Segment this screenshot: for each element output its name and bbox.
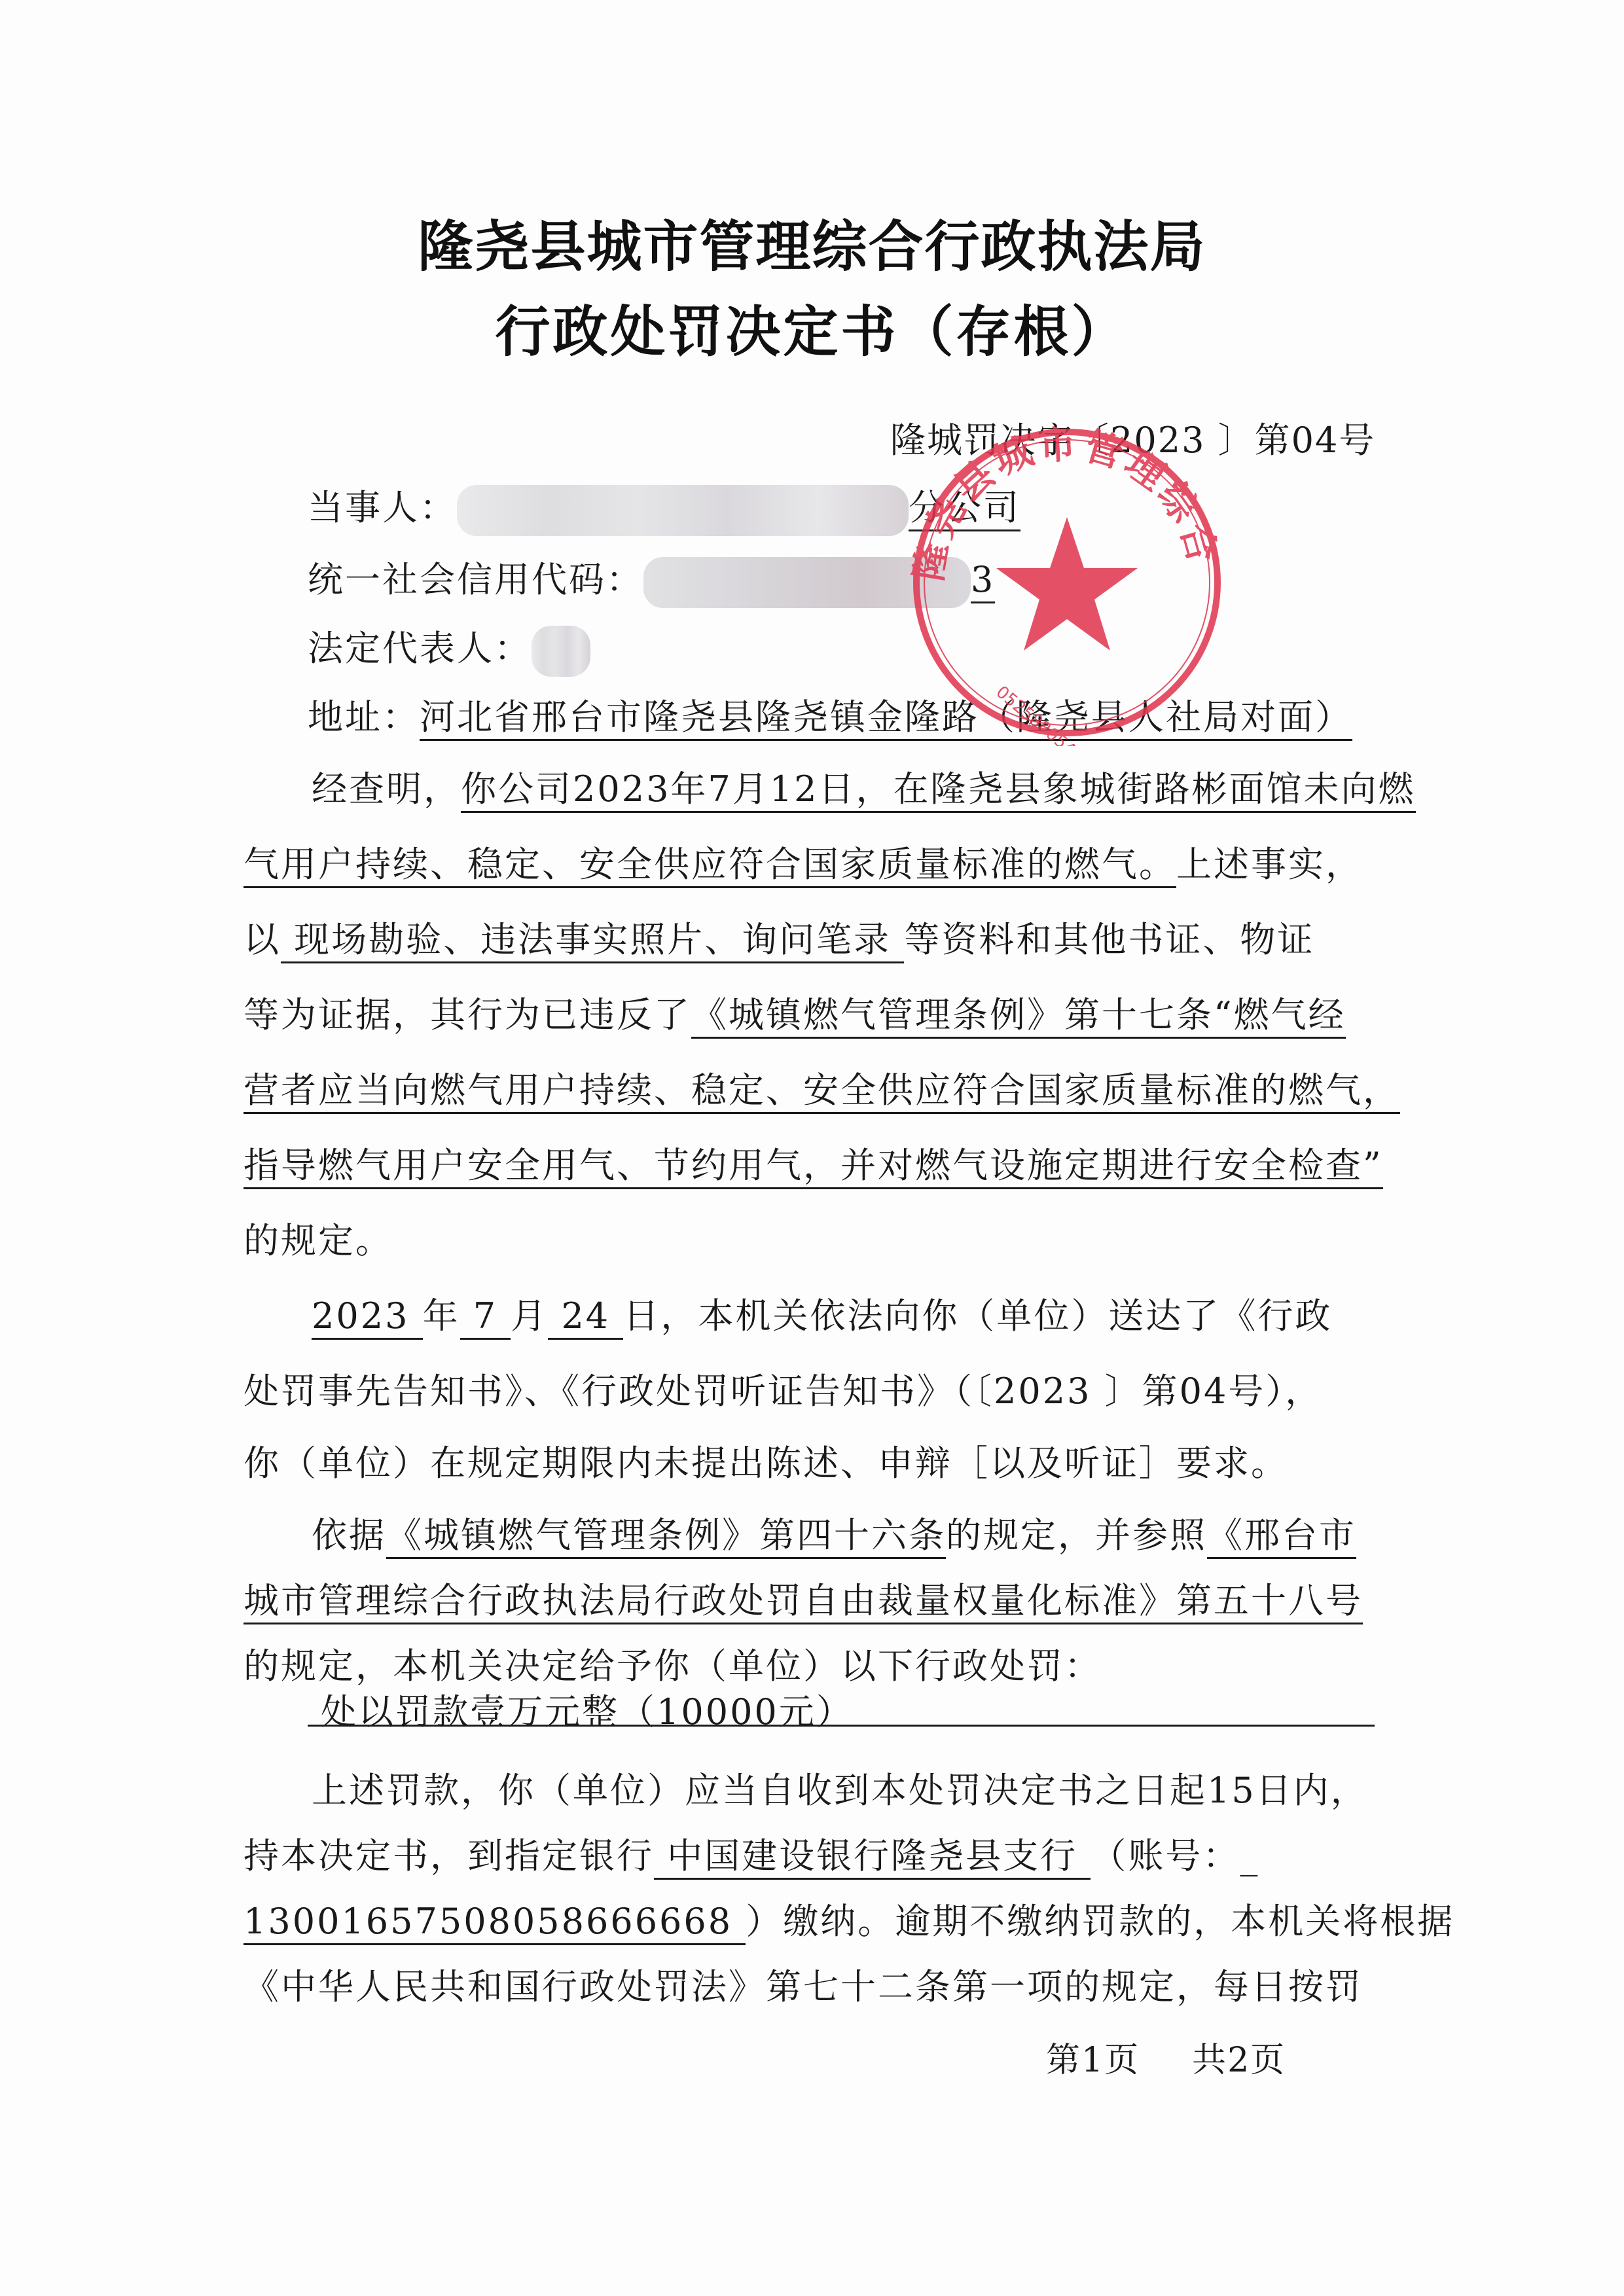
document-title: 行政处罚决定书（存根）	[0, 288, 1624, 367]
regulation-underlined: 《城镇燃气管理条例》第十七条“燃气经	[691, 994, 1346, 1039]
penalty-line: 处以罚款壹万元整（10000元）	[321, 1689, 1453, 1736]
text: 的规定，本机关决定给予你（单位）以下行政处罚：	[244, 1645, 1102, 1687]
text: 日，本机关依法向你（单位）送达了《行政	[623, 1295, 1332, 1336]
evidence-line: 以 现场勘验、违法事实照片、询问笔录 等资料和其他书证、物证	[244, 916, 1376, 963]
legal-rep-label: 法定代表人：	[308, 628, 532, 669]
notice-month: 7	[460, 1295, 511, 1340]
address-value: 河北省邢台市隆尧县隆尧镇金隆路（隆尧县人社局对面）	[420, 696, 1352, 741]
violation-line-2: 营者应当向燃气用户持续、稳定、安全供应符合国家质量标准的燃气，	[244, 1067, 1376, 1114]
evidence-underlined: 现场勘验、违法事实照片、询问笔录	[281, 919, 904, 963]
facts-line-2: 气用户持续、稳定、安全供应符合国家质量标准的燃气。上述事实，	[244, 841, 1376, 888]
text: 上述罚款，你（单位）应当自收到本处罚决定书之日起15日内，	[312, 1770, 1368, 1811]
notice-line-3: 你（单位）在规定期限内未提出陈述、申辩［以及听证］要求。	[244, 1440, 1376, 1487]
notice-year: 2023	[312, 1295, 423, 1340]
redacted-legal-rep	[532, 626, 590, 677]
text: ）缴纳。逾期不缴纳罚款的，本机关将根据	[746, 1901, 1454, 1942]
document-page: 隆尧县城市管理综合行政执法局 行政处罚决定书（存根） 隆城罚决字〔2023 〕第…	[0, 0, 1624, 2296]
basis-line-1: 依据《城镇燃气管理条例》第四十六条的规定，并参照《邢台市	[312, 1512, 1444, 1559]
payment-line-1: 上述罚款，你（单位）应当自收到本处罚决定书之日起15日内，	[312, 1767, 1444, 1814]
text: 处罚事先告知书》、《行政处罚听证告知书》（〔2023 〕第04号），	[244, 1371, 1322, 1412]
credit-code-suffix: 3	[971, 559, 995, 603]
text: 的规定，并参照	[946, 1515, 1207, 1556]
violation-line-4: 的规定。	[244, 1217, 1376, 1265]
page-current: 第1页	[1046, 2041, 1140, 2080]
party-line: 当事人：分公司	[308, 484, 1440, 536]
regulation-underlined: 指导燃气用户安全用气、节约用气，并对燃气设施定期进行安全检查”	[244, 1145, 1383, 1189]
basis-line-3: 的规定，本机关决定给予你（单位）以下行政处罚：	[244, 1643, 1376, 1690]
notice-line-1: 2023 年 7 月 24 日，本机关依法向你（单位）送达了《行政	[312, 1293, 1444, 1340]
basis-underlined: 《城镇燃气管理条例》第四十六条	[386, 1515, 946, 1559]
regulation-underlined: 营者应当向燃气用户持续、稳定、安全供应符合国家质量标准的燃气，	[244, 1069, 1400, 1114]
text: （账号：_	[1091, 1835, 1259, 1876]
text: 以	[244, 919, 281, 960]
redacted-party-name	[457, 485, 909, 536]
address-line: 地址：河北省邢台市隆尧县隆尧镇金隆路（隆尧县人社局对面）	[308, 694, 1440, 741]
basis-underlined: 《邢台市	[1207, 1515, 1356, 1559]
bank-name: 中国建设银行隆尧县支行	[654, 1835, 1091, 1880]
text: 持本决定书，到指定银行	[244, 1835, 654, 1876]
basis-underlined: 城市管理综合行政执法局行政处罚自由裁量权量化标准》第五十八号	[244, 1580, 1363, 1624]
facts-line-1: 经查明，你公司2023年7月12日，在隆尧县象城街路彬面馆未向燃	[312, 766, 1444, 813]
text: 的规定。	[244, 1220, 393, 1261]
notice-day: 24	[548, 1295, 623, 1340]
account-number: 13001657508058666668	[244, 1901, 746, 1945]
violation-line-3: 指导燃气用户安全用气、节约用气，并对燃气设施定期进行安全检查”	[244, 1142, 1376, 1189]
agency-title: 隆尧县城市管理综合行政执法局	[0, 203, 1624, 282]
payment-line-2: 持本决定书，到指定银行 中国建设银行隆尧县支行 （账号：_	[244, 1833, 1376, 1880]
penalty-underline	[308, 1725, 1375, 1727]
payment-line-4: 《中华人民共和国行政处罚法》第七十二条第一项的规定，每日按罚	[244, 1964, 1376, 2011]
credit-code-label: 统一社会信用代码：	[308, 559, 643, 600]
text: 上述事实，	[1176, 844, 1363, 885]
notice-line-2: 处罚事先告知书》、《行政处罚听证告知书》（〔2023 〕第04号），	[244, 1368, 1376, 1415]
party-name-suffix: 分公司	[909, 487, 1020, 531]
redacted-credit-code	[643, 557, 971, 608]
document-number: 隆城罚决字〔2023 〕第04号	[890, 412, 1375, 463]
violation-line-1: 等为证据，其行为已违反了《城镇燃气管理条例》第十七条“燃气经	[244, 992, 1376, 1039]
text: 《中华人民共和国行政处罚法》第七十二条第一项的规定，每日按罚	[244, 1966, 1363, 2007]
text: 经查明，	[312, 768, 461, 810]
credit-code-line: 统一社会信用代码：3	[308, 556, 1440, 608]
page-total: 共2页	[1192, 2041, 1286, 2080]
legal-rep-line: 法定代表人：	[308, 625, 1440, 677]
facts-underlined: 你公司2023年7月12日，在隆尧县象城街路彬面馆未向燃	[461, 768, 1416, 813]
text: 等资料和其他书证、物证	[904, 919, 1314, 960]
text: 依据	[312, 1515, 386, 1556]
text: 你（单位）在规定期限内未提出陈述、申辩［以及听证］要求。	[244, 1443, 1288, 1484]
text: 等为证据，其行为已违反了	[244, 994, 691, 1035]
payment-line-3: 13001657508058666668 ）缴纳。逾期不缴纳罚款的，本机关将根据	[244, 1898, 1376, 1945]
page-indicator: 第1页共2页	[1046, 2032, 1286, 2081]
address-label: 地址：	[308, 696, 420, 738]
party-label: 当事人：	[308, 487, 457, 528]
facts-underlined: 气用户持续、稳定、安全供应符合国家质量标准的燃气。	[244, 844, 1176, 888]
text: 月	[511, 1295, 548, 1336]
basis-line-2: 城市管理综合行政执法局行政处罚自由裁量权量化标准》第五十八号	[244, 1577, 1376, 1624]
text: 年	[423, 1295, 460, 1336]
